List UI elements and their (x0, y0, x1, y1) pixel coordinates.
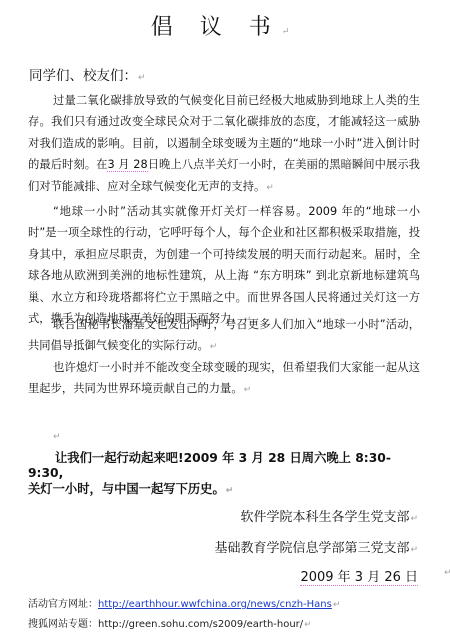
paragraph-mark-icon: ↵ (304, 620, 312, 630)
paragraph-text: 也许熄灯一小时并不能改变全球变暖的现实，但希望我们大家能一起从这里起步，共同为世… (28, 361, 420, 395)
paragraph-mark-icon: ↵ (210, 342, 218, 352)
paragraph-hope: 也许熄灯一小时并不能改变全球变暖的现实，但希望我们大家能一起从这里起步，共同为世… (28, 357, 420, 402)
link-label: 活动官方网址： (28, 599, 98, 610)
document-title: 倡 议 书↵ (0, 10, 450, 41)
call-to-action-line-1: 让我们一起行动起来吧!2009 年 3 月 28 日周六晚上 8:30-9:30… (28, 448, 420, 480)
sohu-topic-url: http://green.sohu.com/s2009/earth-hour/ (98, 619, 303, 630)
official-site-link[interactable]: http://earthhour.wwfchina.org/news/cnzh-… (98, 599, 332, 610)
call-to-action-text: 关灯一小时，与中国一起写下历史。 (28, 482, 225, 496)
spellcheck-underlined-text: 3 月 28 (107, 158, 147, 172)
call-to-action-line-2: 关灯一小时，与中国一起写下历史。↵ (28, 479, 420, 497)
paragraph-un: 联合国秘书长潘基文也发出呼吁，号召更多人们加入“地球一小时”活动，共同倡导抵御气… (28, 314, 420, 359)
paragraph-mark-icon: ↵ (138, 73, 146, 83)
salutation: 同学们、校友们：↵ (29, 64, 146, 84)
signature-text: 软件学院本科生各学生党支部 (240, 510, 409, 525)
paragraph-mark-icon: ↵ (410, 545, 418, 555)
title-text: 倡 议 书 (151, 15, 281, 40)
paragraph-mark-icon: ↵ (226, 486, 234, 496)
official-site-line: 活动官方网址：http://earthhour.wwfchina.org/new… (28, 595, 340, 610)
call-to-action-text: 让我们一起行动起来吧!2009 年 3 月 28 日周六晚上 8:30-9:30… (28, 451, 391, 480)
document-date: 2009 年 3 月 26 日 (300, 566, 418, 585)
empty-paragraph: ↵ (52, 424, 61, 443)
paragraph-intro: 过量二氧化碳排放导致的气候变化目前已经极大地威胁到地球上人类的生存。我们只有通过… (28, 90, 420, 199)
paragraph-mark-icon: ↵ (244, 385, 252, 395)
paragraph-mark-icon: ↵ (53, 432, 61, 442)
paragraph-mark-icon: ↵ (266, 183, 274, 193)
paragraph-mark-icon: ↵ (282, 27, 300, 37)
salutation-text: 同学们、校友们： (29, 68, 137, 84)
paragraph-text: 联合国秘书长潘基文也发出呼吁，号召更多人们加入“地球一小时”活动，共同倡导抵御气… (28, 318, 420, 352)
signature-software-school: 软件学院本科生各学生党支部↵ (240, 506, 418, 525)
sohu-topic-line: 搜狐网站专题：http://green.sohu.com/s2009/earth… (28, 615, 312, 630)
signature-education-school: 基础教育学院信息学部第三党支部↵ (214, 537, 418, 556)
paragraph-text: “地球一小时”活动其实就像开灯关灯一样容易。2009 年的“地球一小时”是一项全… (28, 205, 420, 325)
paragraph-mark-icon: ↵ (444, 568, 450, 578)
date-text: 2009 年 3 月 26 日 (300, 570, 418, 586)
link-label: 搜狐网站专题： (28, 619, 98, 630)
paragraph-earth-hour: “地球一小时”活动其实就像开灯关灯一样容易。2009 年的“地球一小时”是一项全… (28, 201, 420, 331)
paragraph-mark-icon: ↵ (333, 600, 341, 610)
paragraph-mark-icon: ↵ (410, 514, 418, 524)
signature-text: 基础教育学院信息学部第三党支部 (214, 541, 409, 556)
